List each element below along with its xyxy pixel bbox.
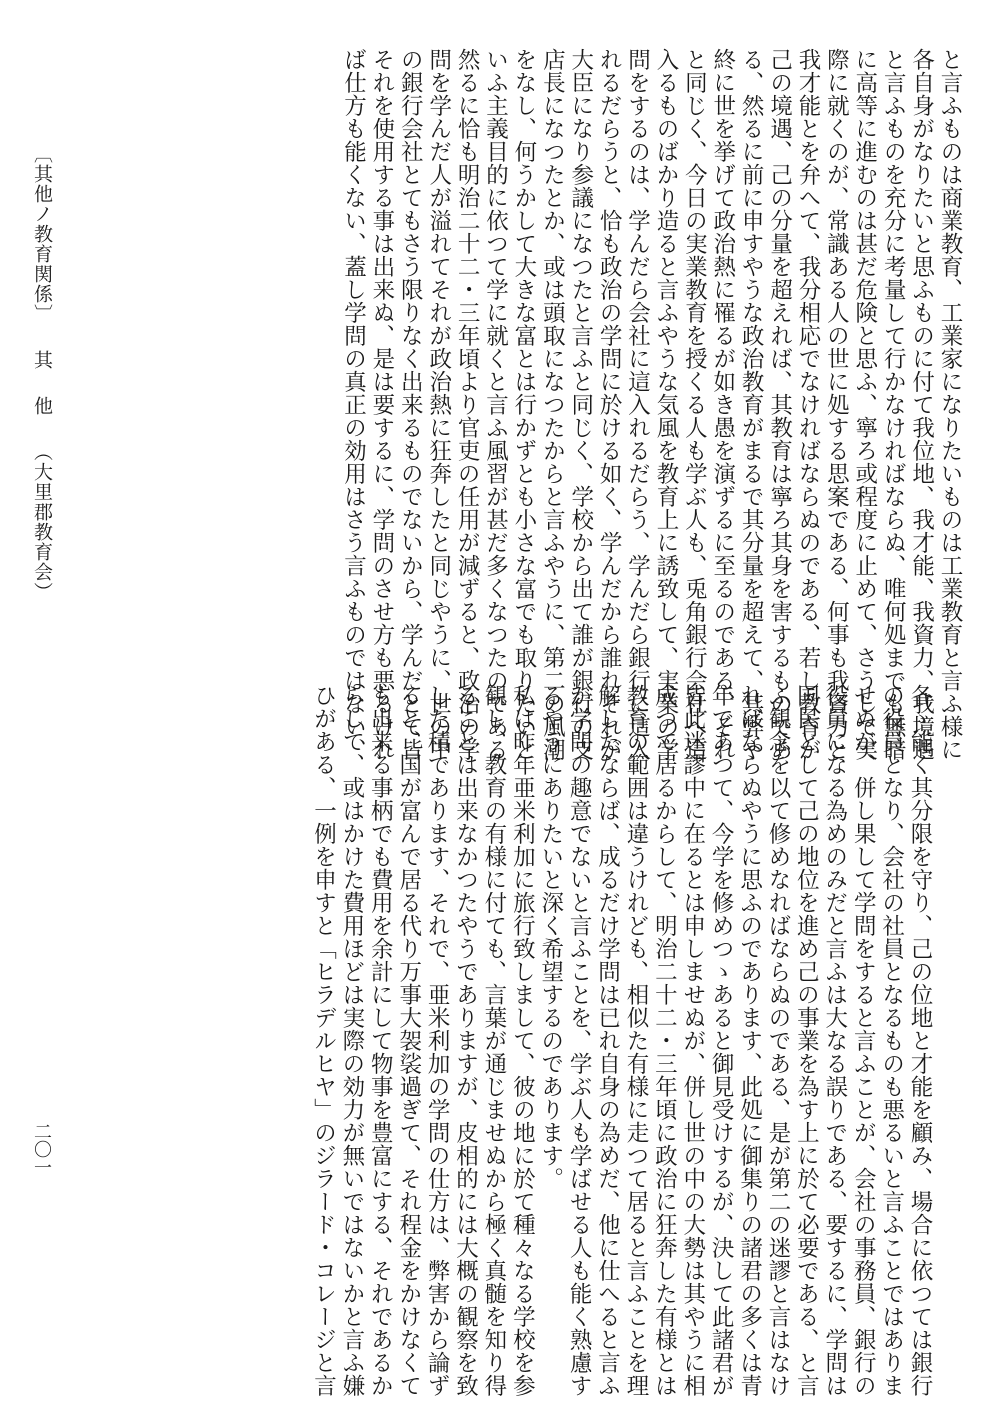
text-line: ればならぬやうに思ふのであります、此処に御集りの諸君の多くは青: [735, 684, 763, 1284]
section-label: 〔其他ノ教育関係〕: [30, 144, 54, 324]
text-line: ることは出来なかつたやうでありますが、皮相的には大概の観察を致: [451, 684, 479, 1284]
text-line: も出来る事柄でも費用を余計にして物事を豊富にする、それであるか: [366, 684, 394, 1284]
text-line: 大臣になり参議になつたと言ふと同じく、学校から出て誰が銀行の支: [566, 48, 594, 648]
text-line: 問をするのは、学んだら会社に這入れるだらう、学んだら銀行に這入: [623, 48, 651, 648]
text-line: 然るに恰も明治二十二・三年頃より官吏の任用が減ずると、政治の学: [453, 48, 481, 648]
text-line: ひがある、一例を申すと「ヒラデルヒヤ」のジラード・コレージと言: [309, 684, 337, 1284]
text-line: それを使用する事は出来ぬ、是は要するに、学問のさせ方も悪るけれ: [367, 48, 395, 648]
text-line: と言ふものを充分に考量して行かなければならぬ、唯何処までも無暗: [879, 48, 907, 648]
text-line: 店長になつたとか、或は頭取になつたからと言ふやうに、第二の風潮: [538, 48, 566, 648]
text-line: と言ふものは商業教育、工業家になりたいものは工業教育と言ふ様に: [936, 48, 964, 648]
text-line: ば仕方も能くない、蓋し学問の真正の効用はさう言ふものではない、: [339, 48, 367, 648]
text-line: 教育の範囲は違うけれども、相似た有様に走つて居ると言ふことを理: [622, 684, 650, 1284]
text-line: の銀行会社とてもさう限りなく出来るものでないから、学んだとて皆: [396, 48, 424, 648]
text-line: ると、国が富んで居る代り万事大袈裟過ぎて、それ程金をかけなくて: [394, 684, 422, 1284]
text-line: いふ主義目的に依つて学に就くと言ふ風習が甚だ多くなつたのである: [481, 48, 509, 648]
category-label-1: 其: [30, 350, 54, 370]
upper-text-block: と言ふものは商業教育、工業家になりたいものは工業教育と言ふ様に 各自身がなりたい…: [339, 48, 964, 648]
text-line: 我才能とを弁へて、我分相応でなければならぬのである、若し教育が: [794, 48, 822, 648]
text-line: 私は昨年亜米利加に旅行致しまして、彼の地に於て種々なる学校を参: [508, 684, 536, 1284]
text-line: と同じく、今日の実業教育を授くる人も学ぶ人も、兎角銀行会社へ這: [680, 48, 708, 648]
text-line: 成つて居るからして、明治二十二・三年頃に政治に狂奔した有様とは: [650, 684, 678, 1284]
text-line: した積であります、それで、亜米利加の学問の仕方は、弊害から論ず: [423, 684, 451, 1284]
text-line: らして、或はかけた費用ほどは実際の効力が無いではないかと言ふ嫌: [337, 684, 365, 1284]
text-line: 終に世を挙げて政治熱に罹るが如き愚を演ずるに至るのである、それ: [708, 48, 736, 648]
text-line: 年であつて、今学を修めつゝあると御見受けするが、決して此諸君が: [707, 684, 735, 1284]
text-line: をなし、何うかして大きな富とは行かずとも小さな富でも取りたいと: [510, 48, 538, 648]
text-line: 皆此迷謬中に在るとは申しませぬが、併し世の中の大勢は其やうに相: [678, 684, 706, 1284]
text-line: れるだらうと、恰も政治の学問に於ける如く、学んだから誰れそれが: [595, 48, 623, 648]
lower-text-block: 各ゝ能く其分限を守り、己の位地と才能を顧み、場合に依つては銀行 の役員となり、会…: [309, 684, 934, 1284]
running-header: 〔其他ノ教育関係〕其他（大里郡教育会）: [30, 144, 54, 602]
text-line: る、然るに前に申すやうな政治教育がまるで其分量を超えて、其弊や: [737, 48, 765, 648]
text-line: ふ観念を以て修めなればならぬのである、是が第二の迷謬と言はなけ: [764, 684, 792, 1284]
text-line: 各自身がなりたいと思ふものに付て我位地、我才能、我資力、我境遇: [907, 48, 935, 648]
text-line: 各ゝ能く其分限を守り、己の位地と才能を顧み、場合に依つては銀行: [906, 684, 934, 1284]
text-line: 解したならば、成るだけ学問は已れ自身の為めだ、他に仕へると言ふ: [593, 684, 621, 1284]
text-line: が学問の趣意でないと言ふことを、学ぶ人も学ばせる人も能く熟慮す: [565, 684, 593, 1284]
text-line: るやうにありたいと深く希望するのであります。: [536, 684, 564, 1284]
text-line: 役員になる為めのみだと言ふは大なる誤りである、要するに、学問は: [820, 684, 848, 1284]
source-label: （大里郡教育会）: [30, 442, 54, 602]
text-line: 己の境遇、己の分量を超えれば、其教育は寧ろ其身を害するものであ: [765, 48, 793, 648]
text-line: に高等に進むのは甚だ危険と思ふ、寧ろ或程度に止めて、さうして実: [850, 48, 878, 648]
category-label-2: 他: [30, 396, 54, 416]
text-line: 観し、教育の有様に付ても、言葉が通じませぬから極く真髄を知り得: [480, 684, 508, 1284]
page-number: 二〇一: [30, 1122, 52, 1176]
text-line: 入るものばかり造ると言ふやうな気風を教育上に誘致して、実業の学: [652, 48, 680, 648]
text-line: 際に就くのが、常識ある人の世に処する思案である、何事も我資力と: [822, 48, 850, 648]
text-line: 国民として己の地位を進め己の事業を為す上に於て必要である、と言: [792, 684, 820, 1284]
text-line: の役員となり、会社の社員となるものも悪るいと言ふことではありま: [877, 684, 905, 1284]
text-line: せぬが、併し果して学問をすると言ふことが、会社の事務員、銀行の: [849, 684, 877, 1284]
text-line: 問を学んだ人が溢れてそれが政治熱に狂奔したと同じやうに、世の中: [424, 48, 452, 648]
